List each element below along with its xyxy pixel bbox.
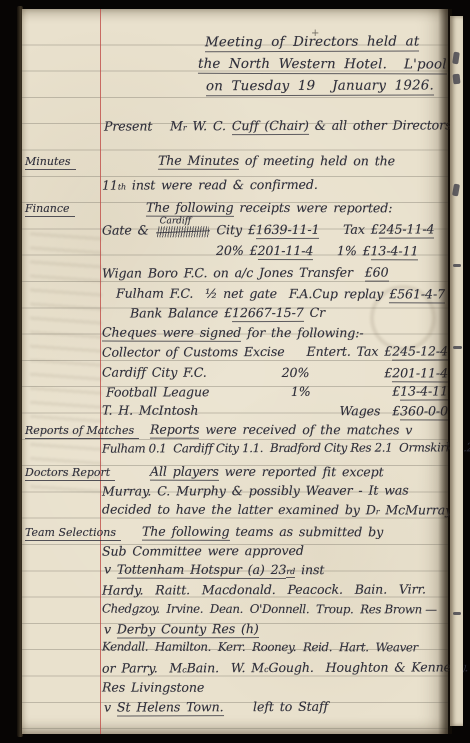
manuscript-text: 13-4-11 bbox=[400, 383, 448, 400]
manuscript-line: Present Mr W. C. Cuff (Chair) & all othe… bbox=[102, 117, 448, 137]
margin-heading-finance: Finance bbox=[25, 202, 75, 217]
section-finance: FinanceThe following receipts were repor… bbox=[102, 200, 448, 422]
manuscript-text: Fulham 0.1 Cardiff City 1.1. Bradford Ci… bbox=[102, 440, 470, 455]
partial-ink-fragment bbox=[452, 74, 460, 85]
manuscript-line: Fulham 0.1 Cardiff City 1.1. Bradford Ci… bbox=[102, 440, 448, 460]
manuscript-text: on Tuesday 19 January 1926. bbox=[206, 78, 434, 96]
manuscript-text: 245-11-4 bbox=[379, 221, 435, 238]
manuscript-text: Hardy. Raitt. Macdonald. Peacock. Bain. … bbox=[102, 581, 426, 597]
manuscript-text: Cardiff City F.C. bbox=[102, 365, 207, 380]
manuscript-text: 201-11-4 bbox=[392, 365, 448, 382]
manuscript-text: £60 bbox=[365, 265, 389, 282]
manuscript-line: Murray. C. Murphy & possibly Weaver - It… bbox=[102, 482, 448, 502]
manuscript-text: Reports bbox=[150, 422, 199, 439]
manuscript-text: 1639-11-1 bbox=[256, 222, 320, 239]
manuscript-text: 20% bbox=[282, 365, 310, 380]
manuscript-text: Wigan Boro F.C. on a/c Jones Transfer bbox=[102, 265, 365, 281]
manuscript-text: were reported fit except bbox=[219, 464, 384, 479]
manuscript-text: th bbox=[118, 183, 126, 192]
partial-ink-fragment bbox=[453, 612, 461, 615]
manuscript-line: v St Helens Town. left to Staff bbox=[102, 698, 448, 718]
manuscript-line: The following teams as submitted by bbox=[102, 524, 448, 544]
manuscript-text: The Minutes bbox=[158, 153, 239, 170]
manuscript-line: on Tuesday 19 January 1926. bbox=[102, 78, 448, 98]
manuscript-text: Sub Committee were approved bbox=[102, 543, 304, 559]
manuscript-text: Collector of Customs Excise bbox=[102, 344, 285, 360]
manuscript-text: or Parry. M bbox=[102, 660, 182, 675]
section-doctors-report: Doctors ReportAll players were reported … bbox=[102, 464, 448, 521]
manuscript-text: Derby County Res (h) bbox=[117, 621, 259, 638]
manuscript-line: Collector of Customs ExciseEntert. Tax £… bbox=[102, 343, 448, 363]
section-heading: Meeting of Directors held atthe North We… bbox=[102, 35, 448, 98]
manuscript-text: Wages £ bbox=[340, 403, 401, 418]
partial-ink-fragment bbox=[452, 184, 460, 197]
manuscript-text: of meeting held on the bbox=[239, 153, 395, 168]
manuscript-text: Bank Balance £ bbox=[130, 305, 232, 320]
section-team-selections: Team SelectionsThe following teams as su… bbox=[102, 524, 448, 718]
crossed-out-word: Cardiff bbox=[157, 226, 209, 237]
manuscript-line: Hardy. Raitt. Macdonald. Peacock. Bain. … bbox=[102, 581, 448, 601]
manuscript-text: All players bbox=[150, 464, 219, 481]
manuscript-line: Wigan Boro F.C. on a/c Jones Transfer £6… bbox=[102, 264, 448, 284]
manuscript-text: Murray. C. Murphy & possibly Weaver - It… bbox=[102, 483, 409, 499]
manuscript-text: Football League bbox=[106, 384, 209, 399]
manuscript-text: the North Western Hotel. L'pool bbox=[198, 57, 447, 75]
ledger-page: + Meeting of Directors held atthe North … bbox=[22, 9, 448, 734]
partial-ink-fragment bbox=[453, 346, 462, 349]
manuscript-text: Gough. Houghton & Kennedy. bbox=[268, 659, 468, 675]
manuscript-text: 245-12-4 bbox=[392, 343, 448, 360]
inserted-correction: Cardiff bbox=[160, 216, 192, 226]
manuscript-text: W. C. bbox=[187, 118, 232, 133]
manuscript-text: teams as submitted by bbox=[230, 524, 384, 539]
manuscript-text: v bbox=[104, 700, 117, 715]
manuscript-text: Present M bbox=[104, 118, 183, 133]
manuscript-text: Bain. W. M bbox=[187, 660, 265, 675]
manuscript-content: Meeting of Directors held atthe North We… bbox=[102, 35, 448, 718]
manuscript-line: The Minutes of meeting held on the bbox=[102, 153, 448, 173]
manuscript-line: the North Western Hotel. L'pool bbox=[102, 57, 448, 77]
manuscript-text: Fulham F.C. ½ net gate F.A.Cup replay bbox=[116, 286, 389, 302]
manuscript-text: receipts were reported: bbox=[234, 200, 393, 215]
adjacent-page-edge bbox=[450, 16, 463, 726]
manuscript-text: 201-11-4 bbox=[257, 243, 313, 260]
manuscript-line: Gate & Cardiff City £1639-11-1 Tax £245-… bbox=[102, 221, 448, 241]
manuscript-line: 11th inst were read & confirmed. bbox=[102, 176, 448, 196]
manuscript-line: The following receipts were reported: bbox=[102, 200, 448, 220]
manuscript-text: The following bbox=[142, 524, 230, 541]
manuscript-text: Tottenham Hotspur (a) 23 bbox=[117, 562, 287, 579]
manuscript-text: £561-4-7 bbox=[389, 286, 445, 303]
manuscript-line: Cardiff City F.C.20%£201-11-4 bbox=[102, 365, 448, 385]
section-present: Present Mr W. C. Cuff (Chair) & all othe… bbox=[102, 118, 448, 137]
manuscript-text: inst bbox=[295, 562, 324, 577]
manuscript-line: Fulham F.C. ½ net gate F.A.Cup replay £5… bbox=[102, 286, 448, 306]
manuscript-text: Chedgzoy. Irvine. Dean. O'Donnell. Troup… bbox=[102, 602, 437, 617]
photograph-background: + Meeting of Directors held atthe North … bbox=[0, 0, 470, 743]
manuscript-line: Kendall. Hamilton. Kerr. Rooney. Reid. H… bbox=[102, 640, 448, 660]
section-match-reports: Reports of MatchesReports were received … bbox=[102, 422, 448, 460]
manuscript-text: v bbox=[104, 622, 117, 637]
manuscript-line: Cheques were signed for the following:- bbox=[102, 325, 448, 345]
manuscript-line: 20% £201-11-4 1% £13-4-11 bbox=[102, 243, 448, 263]
manuscript-text: inst were read & confirmed. bbox=[126, 177, 318, 193]
manuscript-line: or Parry. McBain. W. McGough. Houghton &… bbox=[102, 659, 448, 679]
partial-ink-fragment bbox=[452, 52, 460, 65]
manuscript-line: Football League1%£13-4-11 bbox=[102, 383, 448, 403]
section-minutes: MinutesThe Minutes of meeting held on th… bbox=[102, 153, 448, 196]
manuscript-text: The following bbox=[146, 200, 234, 217]
manuscript-text: McMurray. bbox=[379, 502, 454, 517]
manuscript-line: Reports were received of the matches v bbox=[102, 422, 448, 442]
partial-ink-fragment bbox=[453, 264, 461, 267]
manuscript-line: Res Livingstone bbox=[102, 680, 448, 700]
manuscript-text: Cr bbox=[304, 305, 325, 320]
manuscript-text: St Helens Town. bbox=[117, 699, 224, 716]
manuscript-line: v Tottenham Hotspur (a) 23rd inst bbox=[102, 562, 448, 582]
manuscript-line: Chedgzoy. Irvine. Dean. O'Donnell. Troup… bbox=[102, 602, 448, 622]
manuscript-text: 1% £ bbox=[313, 243, 370, 258]
manuscript-line: v Derby County Res (h) bbox=[102, 620, 448, 640]
ink-bleedthrough bbox=[30, 229, 102, 499]
margin-heading-minutes: Minutes bbox=[25, 155, 76, 170]
manuscript-text: & all other Directors. bbox=[309, 117, 456, 133]
manuscript-text: 360-0-0 bbox=[400, 403, 448, 420]
manuscript-line: T. H. McIntoshWages £360-0-0 bbox=[102, 403, 448, 423]
manuscript-text: 12667-15-7 bbox=[232, 305, 304, 322]
manuscript-text: 13-4-11 bbox=[371, 243, 419, 260]
manuscript-text: Meeting of Directors held at bbox=[205, 34, 419, 52]
manuscript-line: All players were reported fit except bbox=[102, 464, 448, 484]
manuscript-text: v bbox=[104, 562, 117, 577]
manuscript-text: Cheques were signed bbox=[102, 325, 241, 342]
manuscript-line: Meeting of Directors held at bbox=[102, 34, 448, 54]
manuscript-text: Gate & bbox=[102, 222, 155, 237]
manuscript-text: T. H. McIntosh bbox=[102, 403, 198, 418]
manuscript-line: Bank Balance £12667-15-7 Cr bbox=[102, 304, 448, 324]
manuscript-text: were received of the matches v bbox=[199, 422, 412, 438]
manuscript-text: 11 bbox=[102, 178, 118, 193]
manuscript-text: 1% bbox=[291, 384, 311, 399]
manuscript-text: Entert. Tax £ bbox=[307, 344, 393, 359]
manuscript-text: Tax £ bbox=[319, 222, 378, 237]
manuscript-text: Cuff (Chair) bbox=[232, 118, 309, 135]
manuscript-text: left to Staff bbox=[223, 699, 328, 714]
manuscript-text: rd bbox=[286, 567, 295, 578]
manuscript-line: Sub Committee were approved bbox=[102, 542, 448, 562]
manuscript-text: Kendall. Hamilton. Kerr. Rooney. Reid. H… bbox=[102, 640, 418, 655]
manuscript-text: City £ bbox=[211, 222, 256, 237]
manuscript-line: decided to have the latter examined by D… bbox=[102, 502, 448, 522]
manuscript-text: for the following:- bbox=[241, 325, 363, 340]
manuscript-text: Res Livingstone bbox=[102, 680, 204, 695]
manuscript-text: £ bbox=[392, 384, 400, 399]
manuscript-text: decided to have the latter examined by D bbox=[102, 502, 376, 518]
manuscript-text: 20% £ bbox=[216, 243, 258, 258]
